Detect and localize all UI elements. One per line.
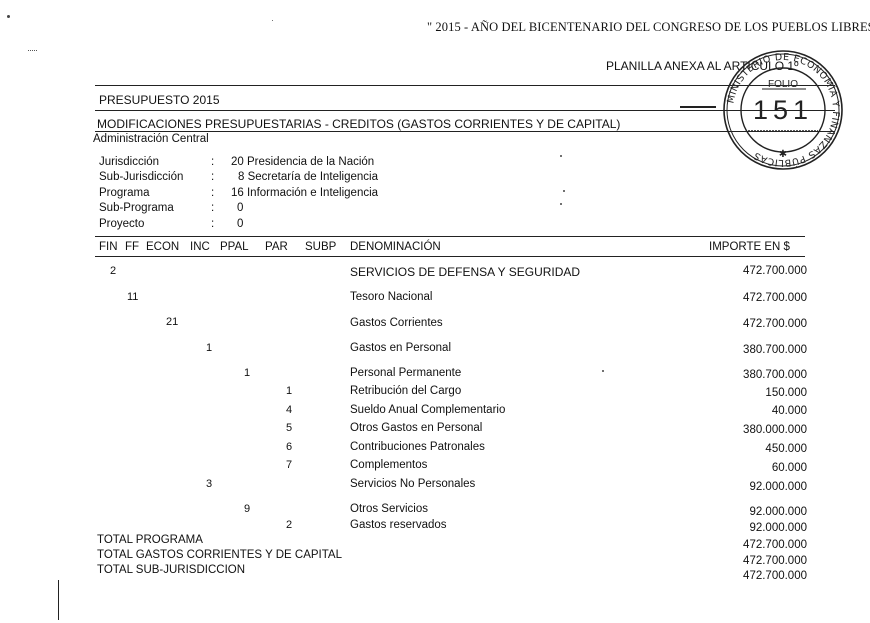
row-name: Gastos en Personal: [350, 342, 451, 354]
svg-text:✱: ✱: [779, 149, 787, 160]
row-name: SERVICIOS DE DEFENSA Y SEGURIDAD: [350, 265, 580, 279]
row-amount: 92.000.000: [749, 506, 807, 518]
row-name: Tesoro Nacional: [350, 291, 432, 303]
rule-table-top: [95, 236, 805, 237]
meta-label: Sub-Programa: [99, 202, 174, 214]
scan-speck: [560, 203, 562, 205]
row-amount: 92.000.000: [749, 522, 807, 534]
total-amount: 472.700.000: [743, 539, 807, 551]
meta-label: Jurisdicción: [99, 156, 159, 168]
meta-sep: :: [211, 156, 214, 168]
scan-speck: [563, 190, 565, 192]
meta-sep: :: [211, 202, 214, 214]
col-denominacion: DENOMINACIÓN: [350, 241, 441, 253]
meta-value: 8 Secretaría de Inteligencia: [238, 171, 378, 183]
document-motto: " 2015 - AÑO DEL BICENTENARIO DEL CONGRE…: [427, 20, 870, 35]
row-name: Gastos Corrientes: [350, 317, 443, 329]
meta-sep: :: [211, 187, 214, 199]
row-name: Otros Gastos en Personal: [350, 422, 482, 434]
row-amount: 150.000: [765, 387, 807, 399]
row-amount: 472.700.000: [743, 318, 807, 330]
total-amount: 472.700.000: [743, 555, 807, 567]
row-amount: 40.000: [772, 405, 807, 417]
col-par: PAR: [265, 241, 288, 253]
row-name: Sueldo Anual Complementario: [350, 404, 505, 416]
rule-table-header: [95, 256, 805, 257]
row-amount: 380.700.000: [743, 344, 807, 356]
scan-margin-line: [58, 580, 59, 620]
col-subp: SUBP: [305, 241, 336, 253]
total-label: TOTAL SUB-JURISDICCION: [97, 564, 245, 576]
meta-sep: :: [211, 171, 214, 183]
meta-label: Sub-Jurisdicción: [99, 171, 183, 183]
scan-speck: [7, 15, 10, 18]
row-code: 9: [244, 503, 250, 515]
row-code: 1: [206, 342, 212, 354]
folio-stamp-icon: MINISTERIO DE ECONOMÍA Y FINANZAS PÚBLIC…: [718, 49, 848, 171]
scan-speck: [602, 370, 604, 372]
col-econ: ECON: [146, 241, 179, 253]
col-ppal: PPAL: [220, 241, 249, 253]
row-code: 21: [166, 316, 178, 328]
svg-text:FOLIO: FOLIO: [768, 79, 798, 90]
page-title: PRESUPUESTO 2015: [99, 93, 220, 107]
col-inc: INC: [190, 241, 210, 253]
row-code: 1: [244, 367, 250, 379]
meta-value: 0: [237, 218, 243, 230]
meta-sep: :: [211, 218, 214, 230]
row-name: Servicios No Personales: [350, 478, 475, 490]
row-name: Complementos: [350, 459, 427, 471]
row-code: 1: [286, 385, 292, 397]
row-code: 7: [286, 459, 292, 471]
row-amount: 60.000: [772, 462, 807, 474]
administration-label: Administración Central: [93, 133, 209, 145]
row-code: 3: [206, 478, 212, 490]
row-amount: 450.000: [765, 443, 807, 455]
row-name: Retribución del Cargo: [350, 385, 461, 397]
meta-value: 20 Presidencia de la Nación: [231, 156, 374, 168]
page-subtitle: MODIFICACIONES PRESUPUESTARIAS - CREDITO…: [97, 117, 620, 131]
scan-mark: [28, 50, 37, 51]
row-name: Contribuciones Patronales: [350, 441, 485, 453]
row-name: Otros Servicios: [350, 503, 428, 515]
row-name: Personal Permanente: [350, 367, 461, 379]
row-amount: 92.000.000: [749, 481, 807, 493]
row-code: 4: [286, 404, 292, 416]
meta-label: Programa: [99, 187, 150, 199]
row-code: 11: [127, 291, 138, 303]
row-code: 2: [286, 519, 292, 531]
row-amount: 380.700.000: [743, 369, 807, 381]
total-amount: 472.700.000: [743, 570, 807, 582]
row-code: 2: [110, 265, 116, 277]
scan-speck: [272, 20, 273, 21]
row-amount: 380.000.000: [743, 424, 807, 436]
meta-label: Proyecto: [99, 218, 144, 230]
col-importe: IMPORTE EN $: [709, 241, 790, 253]
row-amount: 472.700.000: [743, 292, 807, 304]
scan-speck: [560, 155, 562, 157]
col-ff: FF: [125, 241, 139, 253]
total-label: TOTAL GASTOS CORRIENTES Y DE CAPITAL: [97, 549, 342, 561]
row-amount: 472.700.000: [743, 265, 807, 277]
meta-value: 0: [237, 202, 243, 214]
svg-text:151: 151: [753, 95, 813, 125]
row-code: 5: [286, 422, 292, 434]
row-code: 6: [286, 441, 292, 453]
row-name: Gastos reservados: [350, 519, 447, 531]
col-fin: FIN: [99, 241, 118, 253]
rule-dash: [680, 106, 716, 108]
meta-value: 16 Información e Inteligencia: [231, 187, 378, 199]
total-label: TOTAL PROGRAMA: [97, 534, 203, 546]
